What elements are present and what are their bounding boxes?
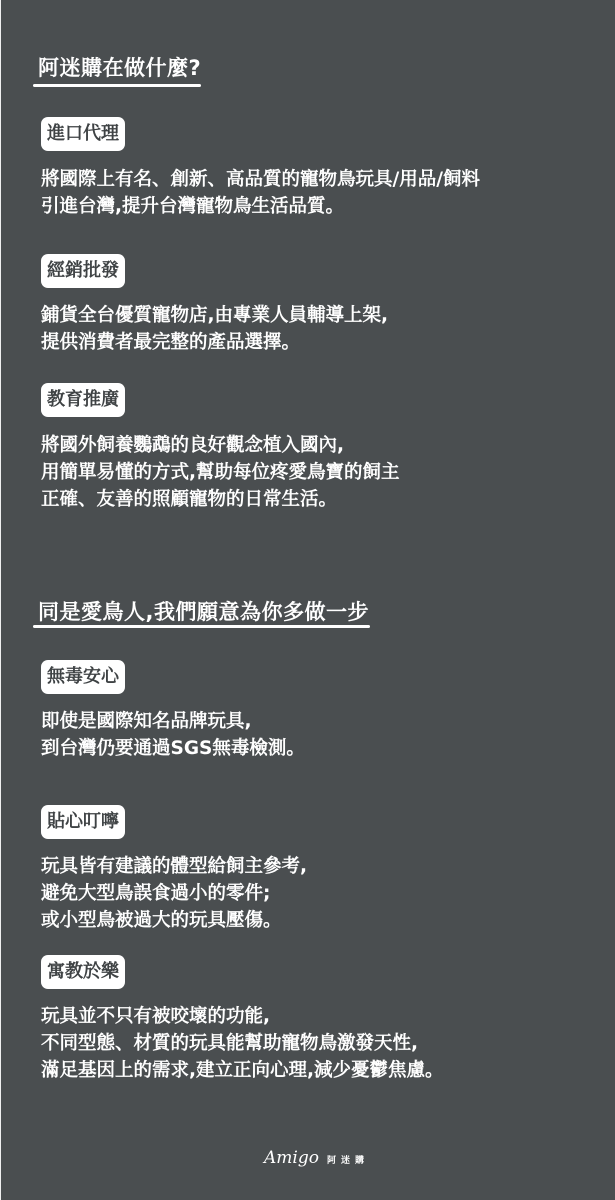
text-line: 避免大型鳥誤食過小的零件; xyxy=(41,880,307,907)
paragraph-edutainment: 玩具並不只有被咬壞的功能, 不同型態、材質的玩具能幫助寵物鳥激發天性, 滿足基因… xyxy=(41,1003,444,1084)
tag-non-toxic: 無毒安心 xyxy=(41,660,125,694)
text-line: 將國外飼養鸚鵡的良好觀念植入國內, xyxy=(41,432,400,459)
text-line: 到台灣仍要通過SGS無毒檢測。 xyxy=(41,735,305,762)
text-line: 鋪貨全台優質寵物店,由專業人員輔導上架, xyxy=(41,302,388,329)
section-underline xyxy=(33,625,370,628)
text-line: 不同型態、材質的玩具能幫助寵物鳥激發天性, xyxy=(41,1030,444,1057)
paragraph-education: 將國外飼養鸚鵡的良好觀念植入國內, 用簡單易懂的方式,幫助每位疼愛鳥寶的飼主 正… xyxy=(41,432,400,513)
text-line: 即使是國際知名品牌玩具, xyxy=(41,708,305,735)
text-line: 滿足基因上的需求,建立正向心理,減少憂鬱焦慮。 xyxy=(41,1057,444,1084)
logo-wordmark: Amigo xyxy=(264,1148,319,1168)
text-line: 用簡單易懂的方式,幫助每位疼愛鳥寶的飼主 xyxy=(41,459,400,486)
text-line: 提供消費者最完整的產品選擇。 xyxy=(41,329,388,356)
text-line: 玩具皆有建議的體型給飼主參考, xyxy=(41,853,307,880)
text-line: 正確、友善的照顧寵物的日常生活。 xyxy=(41,486,400,513)
tag-distribution: 經銷批發 xyxy=(41,254,125,288)
paragraph-reminder: 玩具皆有建議的體型給飼主參考, 避免大型鳥誤食過小的零件; 或小型鳥被過大的玩具… xyxy=(41,853,307,934)
text-line: 玩具並不只有被咬壞的功能, xyxy=(41,1003,444,1030)
logo-chinese: 阿迷購 xyxy=(327,1153,369,1166)
text-line: 或小型鳥被過大的玩具壓傷。 xyxy=(41,907,307,934)
tag-edutainment: 寓教於樂 xyxy=(41,955,125,989)
section-title-what-we-do: 阿迷購在做什麼? xyxy=(38,52,201,88)
left-border xyxy=(0,0,1,1200)
section-underline xyxy=(33,84,201,87)
text-line: 將國際上有名、創新、高品質的寵物鳥玩具/用品/飼料 xyxy=(41,166,480,193)
paragraph-distribution: 鋪貨全台優質寵物店,由專業人員輔導上架, 提供消費者最完整的產品選擇。 xyxy=(41,302,388,356)
footer-logo: Amigo 阿迷購 xyxy=(264,1148,369,1168)
tag-education: 教育推廣 xyxy=(41,383,125,417)
paragraph-import-agency: 將國際上有名、創新、高品質的寵物鳥玩具/用品/飼料 引進台灣,提升台灣寵物鳥生活… xyxy=(41,166,480,220)
tag-reminder: 貼心叮嚀 xyxy=(41,805,125,839)
text-line: 引進台灣,提升台灣寵物鳥生活品質。 xyxy=(41,193,480,220)
tag-import-agency: 進口代理 xyxy=(41,117,125,151)
paragraph-non-toxic: 即使是國際知名品牌玩具, 到台灣仍要通過SGS無毒檢測。 xyxy=(41,708,305,762)
